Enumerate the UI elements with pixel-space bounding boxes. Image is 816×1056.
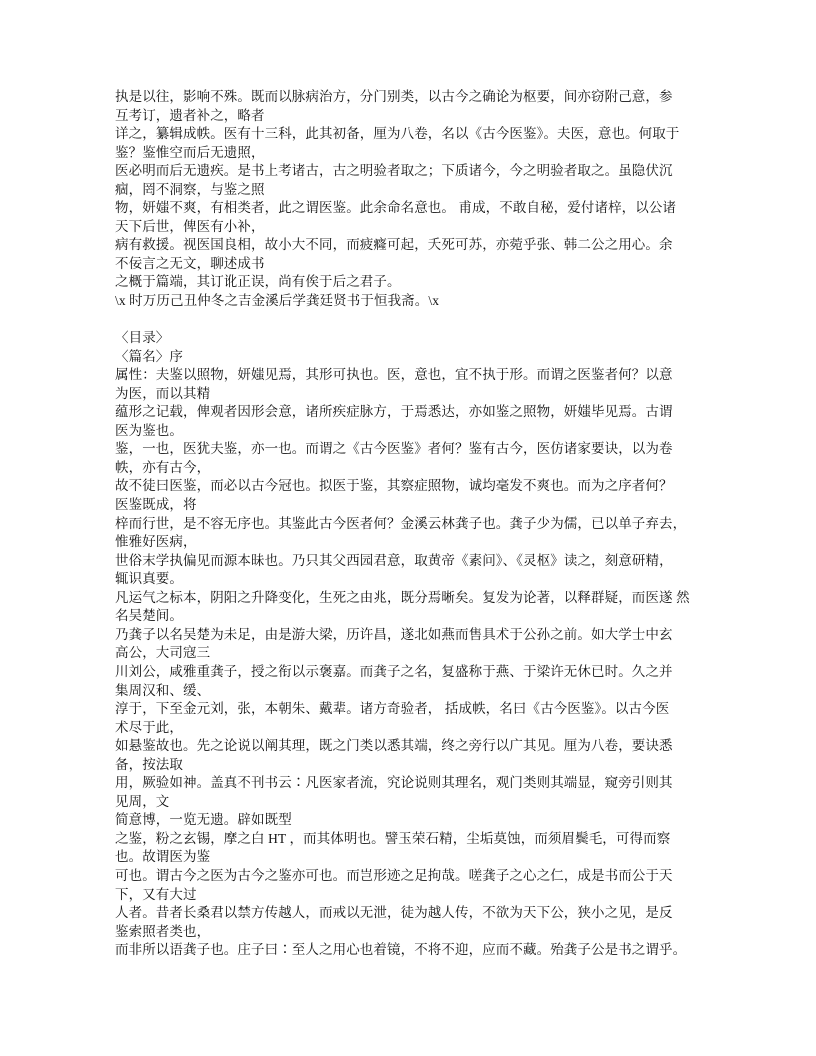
text-line: 用，厥验如神。盖真不刊书云∶凡医家者流，究论说则其理名，观门类则其端显，窥旁引则… xyxy=(115,774,715,793)
text-line: 术尽于此， xyxy=(115,719,715,738)
text-line: 也。故谓医为鉴 xyxy=(115,848,715,867)
text-line: 凡运气之标本，阴阳之升降变化，生死之由兆，既分焉晰矣。复发为论著，以释群疑，而医… xyxy=(115,589,715,608)
text-line: 之鉴，粉之玄锡，摩之白 HT ，而其体明也。譬玉荣石精，尘垢莫蚀，而须眉鬓毛，可… xyxy=(115,830,715,849)
text-line: 帙，亦有古今， xyxy=(115,459,715,478)
text-line: 高公，大司寇三 xyxy=(115,644,715,663)
text-line: 下，又有大过 xyxy=(115,886,715,905)
text-line: 可也。谓古今之医为古今之鉴亦可也。而岂形迹之足拘哉。嗟龚子之心之仁，成是书而公于… xyxy=(115,867,715,886)
text-line: 鉴索照者类也， xyxy=(115,923,715,942)
text-line: 而非所以语龚子也。庄子曰∶至人之用心也着镜，不将不迎，应而不藏。殆龚子公是书之谓… xyxy=(115,941,715,960)
text-line: 蕴形之记载，俾观者因形会意，诸所疾症脉方，于焉悉达，亦如鉴之照物，妍媸毕见焉。古… xyxy=(115,403,715,422)
text-line: 医鉴既成，将 xyxy=(115,496,715,515)
text-line: 痼，罔不洞察，与鉴之照 xyxy=(115,181,715,200)
text-line: 集周汉和、缓、 xyxy=(115,682,715,701)
text-line: 乃龚子以名吴楚为未足，由是游大梁，历许昌，遂北如燕而售具术于公孙之前。如大学士中… xyxy=(115,626,715,645)
text-line: 辄识真要。 xyxy=(115,570,715,589)
text-line: 病有救援。视医国良相，故小大不同，而疲癃可起，夭死可苏，亦菀乎张、韩二公之用心。… xyxy=(115,236,715,255)
text-line: 为医，而以其精 xyxy=(115,385,715,404)
text-line: 见周，文 xyxy=(115,793,715,812)
text-line: 川刘公，咸雅重龚子，授之衔以示褒嘉。而龚子之名，复盛称于燕、于梁许无休已时。久之… xyxy=(115,663,715,682)
text-line: 属性：夫鉴以照物，妍媸见焉，其形可执也。医，意也，宜不执于形。而谓之医鉴者何？以… xyxy=(115,366,715,385)
text-line: \x 时万历己丑仲冬之吉金溪后学龚廷贤书于恒我斋。\x xyxy=(115,292,715,311)
text-line: 惟雅好医病， xyxy=(115,533,715,552)
document-text-block: 执是以往，影响不殊。既而以脉病治方，分门别类，以古今之确论为枢要，间亦窃附己意，… xyxy=(115,88,715,960)
text-line: 鉴？鉴惟空而后无遗照， xyxy=(115,144,715,163)
text-line: 世俗末学执偏见而源本昧也。乃只其父西园君意，取黄帝《素问》、《灵枢》读之，刻意研… xyxy=(115,552,715,571)
text-line: 执是以往，影响不殊。既而以脉病治方，分门别类，以古今之确论为枢要，间亦窃附己意，… xyxy=(115,88,715,107)
text-line: 之概于篇端，其订讹正误，尚有俟于后之君子。 xyxy=(115,273,715,292)
text-line: 医为鉴也。 xyxy=(115,422,715,441)
text-line: 详之，纂辑成帙。医有十三科，此其初备，厘为八卷，名以《古今医鉴》。夫医，意也。何… xyxy=(115,125,715,144)
text-line: 物，妍媸不爽，有相类者，此之谓医鉴。此余命名意也。 甫成，不敢自秘，爱付诸梓，以… xyxy=(115,199,715,218)
text-line: 故不徒曰医鉴，而必以古今冠也。拟医于鉴，其察症照物，诚均毫发不爽也。而为之序者何… xyxy=(115,477,715,496)
text-line: 〈目录〉 xyxy=(115,329,715,348)
text-line: 简意博，一览无遗。辟如既型 xyxy=(115,811,715,830)
text-line: 〈篇名〉序 xyxy=(115,348,715,367)
text-line: 梓而行世，是不容无序也。其鉴此古今医者何？金溪云林龚子也。龚子少为儒，已以单子弃… xyxy=(115,515,715,534)
text-line: 如悬鉴故也。先之论说以阐其理，既之门类以悉其端，终之旁行以广其见。厘为八卷，要诀… xyxy=(115,737,715,756)
text-line: 不佞言之无文，聊述成书 xyxy=(115,255,715,274)
text-line: 淳于，下至金元刘，张，本朝朱、戴辈。诸方奇验者， 括成帙，名曰《古今医鉴》。以古… xyxy=(115,700,715,719)
text-line: 鉴，一也，医犹夫鉴，亦一也。而谓之《古今医鉴》者何？鉴有古今，医仿诸家要诀，以为… xyxy=(115,440,715,459)
document-page: 执是以往，影响不殊。既而以脉病治方，分门别类，以古今之确论为枢要，间亦窃附己意，… xyxy=(0,0,816,1056)
text-line: 人者。昔者长桑君以禁方传越人，而戒以无泄，徒为越人传，不欲为天下公，狭小之见，是… xyxy=(115,904,715,923)
text-line: 互考订，遗者补之，略者 xyxy=(115,107,715,126)
text-line: 备，按法取 xyxy=(115,756,715,775)
text-line: 天下后世，俾医有小补， xyxy=(115,218,715,237)
text-line: 医必明而后无遗疾。是书上考诸古，古之明验者取之；下质诸今，今之明验者取之。虽隐伏… xyxy=(115,162,715,181)
text-line: 名吴楚间。 xyxy=(115,607,715,626)
text-line xyxy=(115,311,715,330)
